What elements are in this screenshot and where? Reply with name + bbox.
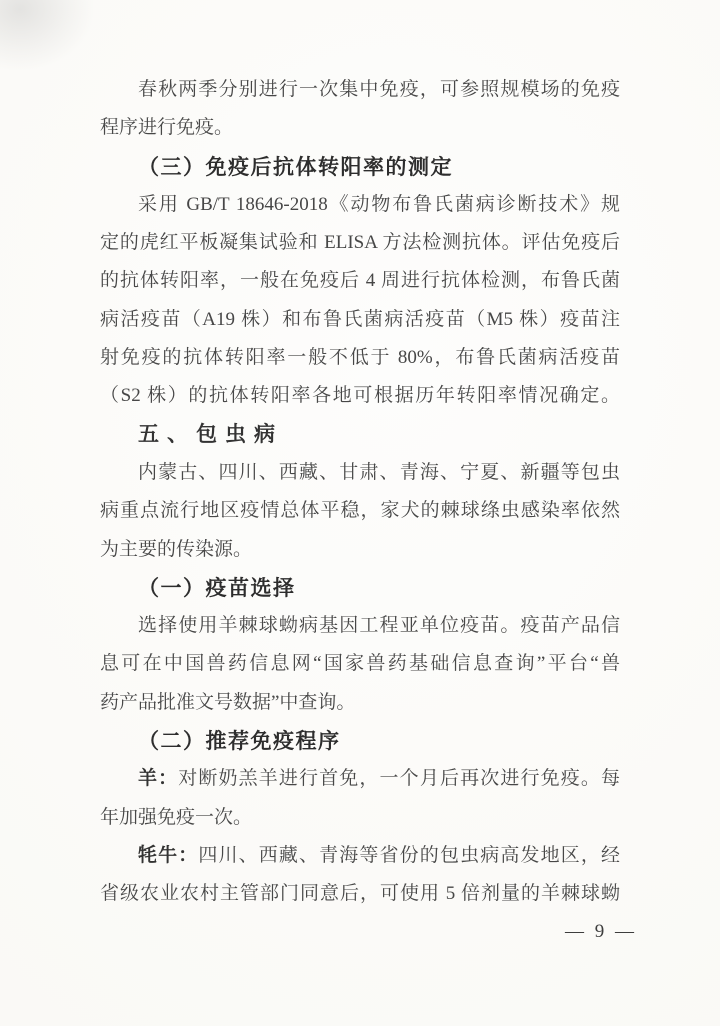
text-line: 药产品批准文号数据”中查询。 (100, 684, 620, 722)
text-line: 年加强免疫一次。 (100, 799, 620, 837)
text-line: 五、包虫病 (100, 416, 620, 454)
text-line: 定的虎红平板凝集试验和 ELISA 方法检测抗体。评估免疫后 (100, 224, 620, 262)
text-line: （S2 株）的抗体转阳率各地可根据历年转阳率情况确定。 (100, 377, 620, 415)
paragraph: 内蒙古、四川、西藏、甘肃、青海、宁夏、新疆等包虫病重点流行地区疫情总体平稳，家犬… (100, 454, 620, 569)
paragraph: 采用 GB/T 18646-2018《动物布鲁氏菌病诊断技术》规定的虎红平板凝集… (100, 186, 620, 416)
text-line: 牦牛：四川、西藏、青海等省份的包虫病高发地区，经 (100, 837, 620, 875)
paragraph: 牦牛：四川、西藏、青海等省份的包虫病高发地区，经省级农业农村主管部门同意后，可使… (100, 837, 620, 914)
text-line: 程序进行免疫。 (100, 109, 620, 147)
paragraph: 春秋两季分别进行一次集中免疫，可参照规模场的免疫程序进行免疫。 (100, 71, 620, 148)
text-line: 为主要的传染源。 (100, 531, 620, 569)
text-line: 的抗体转阳率，一般在免疫后 4 周进行抗体检测，布鲁氏菌 (100, 262, 620, 300)
text-line: 采用 GB/T 18646-2018《动物布鲁氏菌病诊断技术》规 (100, 186, 620, 224)
paragraph: 选择使用羊棘球蚴病基因工程亚单位疫苗。疫苗产品信息可在中国兽药信息网“国家兽药基… (100, 607, 620, 722)
scan-smudge-artifact (0, 0, 98, 74)
paragraph-lead: 牦牛： (138, 845, 198, 866)
text-line: 选择使用羊棘球蚴病基因工程亚单位疫苗。疫苗产品信 (100, 607, 620, 645)
text-line: 病活疫苗（A19 株）和布鲁氏菌病活疫苗（M5 株）疫苗注 (100, 301, 620, 339)
document-body: 春秋两季分别进行一次集中免疫，可参照规模场的免疫程序进行免疫。（三）免疫后抗体转… (100, 71, 620, 914)
document-page: 春秋两季分别进行一次集中免疫，可参照规模场的免疫程序进行免疫。（三）免疫后抗体转… (0, 0, 720, 1026)
text-line: 射免疫的抗体转阳率一般不低于 80%，布鲁氏菌病活疫苗 (100, 339, 620, 377)
text-line: 息可在中国兽药信息网“国家兽药基础信息查询”平台“兽 (100, 645, 620, 683)
text-line: 病重点流行地区疫情总体平稳，家犬的棘球绦虫感染率依然 (100, 492, 620, 530)
section-heading: （三）免疫后抗体转阳率的测定 (100, 148, 620, 186)
text-line: 羊：对断奶羔羊进行首免，一个月后再次进行免疫。每 (100, 760, 620, 798)
paragraph: 羊：对断奶羔羊进行首免，一个月后再次进行免疫。每年加强免疫一次。 (100, 760, 620, 837)
paragraph-lead: 羊： (138, 768, 178, 789)
page-number: — 9 — (565, 921, 637, 943)
text-line: 省级农业农村主管部门同意后，可使用 5 倍剂量的羊棘球蚴 (100, 875, 620, 913)
section-heading: 五、包虫病 (100, 416, 620, 454)
text-line: （三）免疫后抗体转阳率的测定 (100, 148, 620, 186)
text-line: （二）推荐免疫程序 (100, 722, 620, 760)
section-heading: （一）疫苗选择 (100, 569, 620, 607)
text-line: 春秋两季分别进行一次集中免疫，可参照规模场的免疫 (100, 71, 620, 109)
text-line: （一）疫苗选择 (100, 569, 620, 607)
text-line: 内蒙古、四川、西藏、甘肃、青海、宁夏、新疆等包虫 (100, 454, 620, 492)
section-heading: （二）推荐免疫程序 (100, 722, 620, 760)
